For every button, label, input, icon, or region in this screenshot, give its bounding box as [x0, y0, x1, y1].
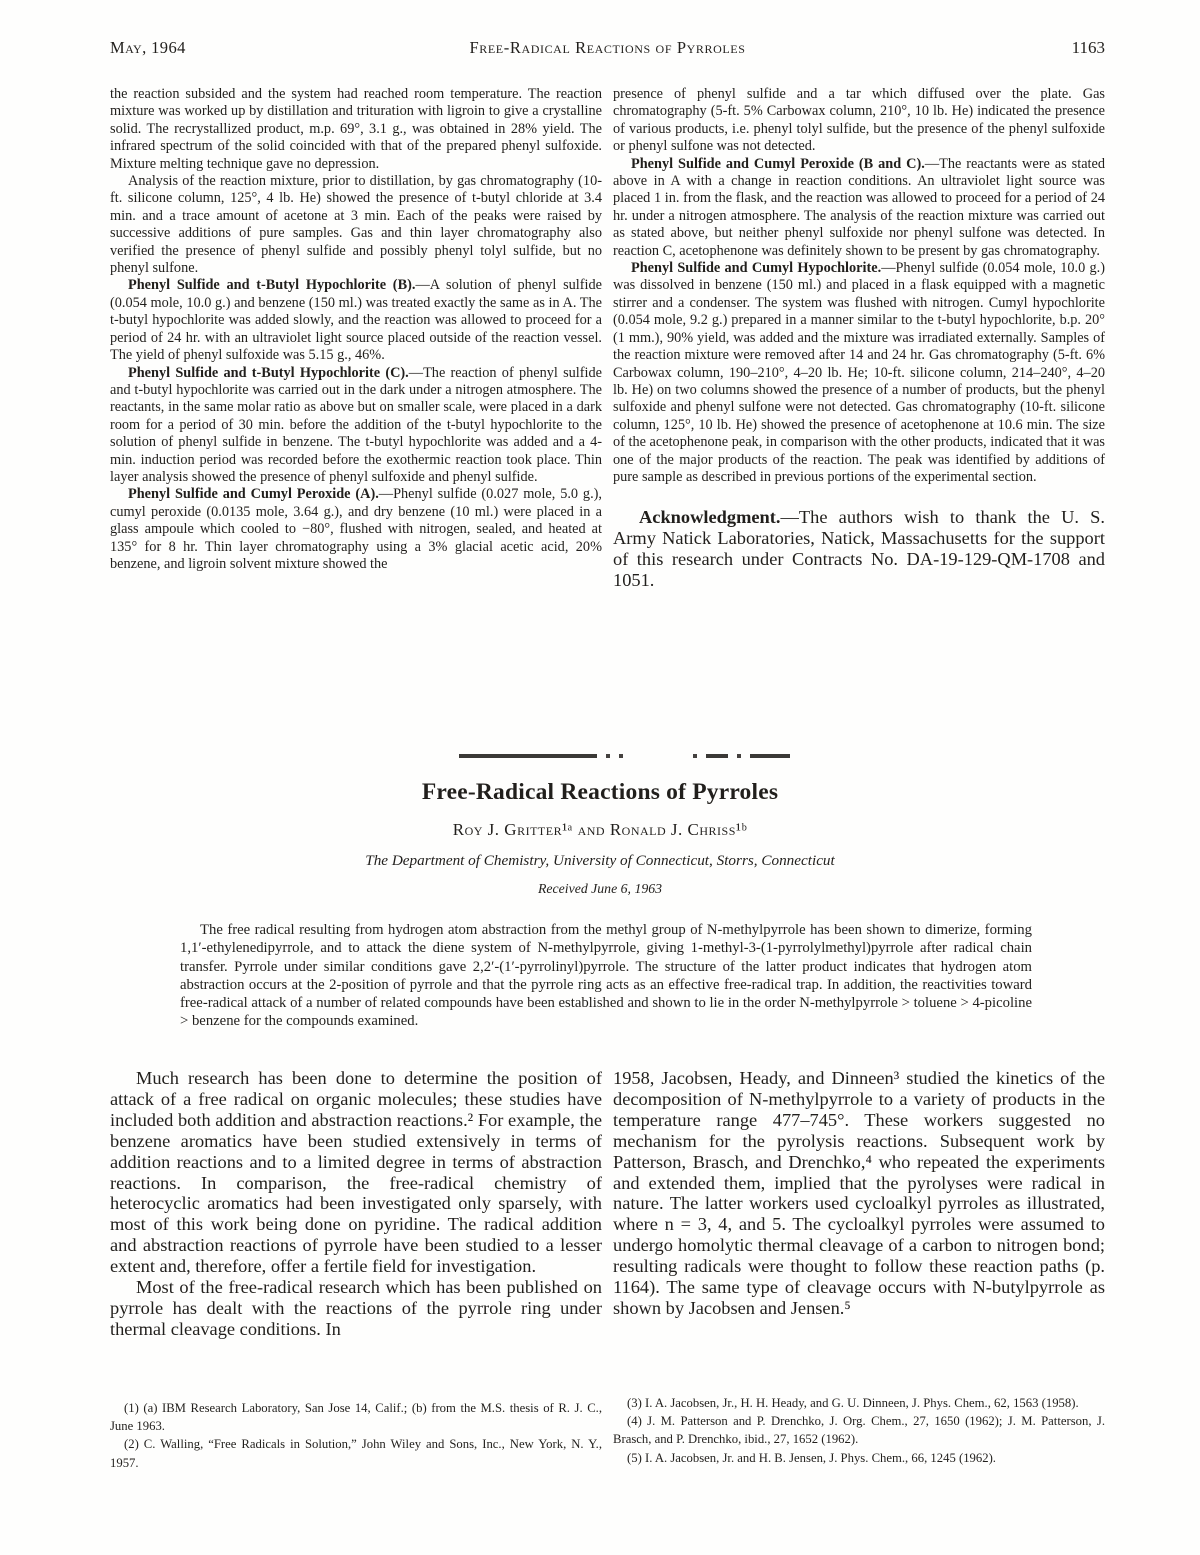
experimental-section: the reaction subsided and the system had…: [110, 86, 1105, 591]
body-section: Much research has been done to determine…: [110, 1068, 1105, 1340]
body-paragraph: Most of the free-radical research which …: [110, 1277, 602, 1340]
body-paragraph: 1958, Jacobsen, Heady, and Dinneen³ stud…: [613, 1068, 1105, 1319]
experimental-paragraph: Phenyl Sulfide and Cumyl Hypochlorite.—P…: [613, 260, 1105, 486]
experimental-paragraph: presence of phenyl sulfide and a tar whi…: [613, 86, 1105, 156]
footnotes-left: (1) (a) IBM Research Laboratory, San Jos…: [110, 1399, 602, 1472]
paragraph-text: presence of phenyl sulfide and a tar whi…: [613, 86, 1105, 154]
experimental-paragraph: Acknowledgment.—The authors wish to than…: [613, 507, 1105, 591]
article-title: Free-Radical Reactions of Pyrroles: [0, 779, 1200, 806]
footnote: (1) (a) IBM Research Laboratory, San Jos…: [110, 1399, 602, 1435]
paragraph-heading: Phenyl Sulfide and Cumyl Hypochlorite.: [631, 260, 881, 276]
experimental-paragraph: Phenyl Sulfide and t-Butyl Hypochlorite …: [110, 365, 602, 487]
paragraph-heading: Phenyl Sulfide and Cumyl Peroxide (A).: [128, 486, 379, 502]
paragraph-text: —Phenyl sulfide (0.054 mole, 10.0 g.) wa…: [613, 260, 1105, 485]
experimental-paragraph: Phenyl Sulfide and t-Butyl Hypochlorite …: [110, 277, 602, 364]
paragraph-heading: Phenyl Sulfide and Cumyl Peroxide (B and…: [631, 156, 925, 172]
paragraph-heading: Acknowledgment.: [639, 507, 781, 527]
running-title: Free-Radical Reactions of Pyrroles: [470, 38, 746, 58]
article-title-block: Free-Radical Reactions of Pyrroles Roy J…: [0, 779, 1200, 897]
footnotes-right: (3) I. A. Jacobsen, Jr., H. H. Heady, an…: [613, 1394, 1105, 1467]
footnote: (5) I. A. Jacobsen, Jr. and H. B. Jensen…: [613, 1449, 1105, 1467]
paragraph-text: the reaction subsided and the system had…: [110, 86, 602, 172]
divider-segment: [750, 754, 790, 758]
article-authors: Roy J. Gritter¹ᵃ and Ronald J. Chriss¹ᵇ: [0, 820, 1200, 840]
paragraph-text: Most of the free-radical research which …: [110, 1277, 602, 1339]
experimental-column-left: the reaction subsided and the system had…: [110, 86, 602, 591]
journal-page: May, 1964 Free-Radical Reactions of Pyrr…: [0, 0, 1200, 1555]
page-number: 1163: [1072, 38, 1105, 58]
divider-dot: [619, 754, 623, 758]
body-paragraph: Much research has been done to determine…: [110, 1068, 602, 1277]
running-header: May, 1964 Free-Radical Reactions of Pyrr…: [110, 38, 1105, 58]
experimental-paragraph: Analysis of the reaction mixture, prior …: [110, 173, 602, 277]
issue-date: May, 1964: [110, 38, 186, 58]
article-received: Received June 6, 1963: [0, 881, 1200, 897]
abstract: The free radical resulting from hydrogen…: [180, 921, 1032, 1031]
paragraph-text: Much research has been done to determine…: [110, 1068, 602, 1276]
divider-dot: [737, 754, 741, 758]
footnote: (2) C. Walling, “Free Radicals in Soluti…: [110, 1435, 602, 1471]
experimental-paragraph: the reaction subsided and the system had…: [110, 86, 602, 173]
paragraph-heading: Phenyl Sulfide and t-Butyl Hypochlorite …: [128, 277, 415, 293]
footnote: (3) I. A. Jacobsen, Jr., H. H. Heady, an…: [613, 1394, 1105, 1412]
footnote-text: (3) I. A. Jacobsen, Jr., H. H. Heady, an…: [627, 1396, 1079, 1410]
divider-segment: [459, 754, 597, 758]
paragraph-text: Analysis of the reaction mixture, prior …: [110, 173, 602, 276]
paragraph-text: 1958, Jacobsen, Heady, and Dinneen³ stud…: [613, 1068, 1105, 1318]
paragraph-heading: Phenyl Sulfide and t-Butyl Hypochlorite …: [128, 365, 409, 381]
footnote-text: (5) I. A. Jacobsen, Jr. and H. B. Jensen…: [627, 1451, 996, 1465]
abstract-text: The free radical resulting from hydrogen…: [180, 921, 1032, 1031]
experimental-paragraph: Phenyl Sulfide and Cumyl Peroxide (B and…: [613, 156, 1105, 260]
experimental-column-right: presence of phenyl sulfide and a tar whi…: [613, 86, 1105, 591]
divider-dot: [606, 754, 610, 758]
body-column-right: 1958, Jacobsen, Heady, and Dinneen³ stud…: [613, 1068, 1105, 1340]
article-affiliation: The Department of Chemistry, University …: [0, 852, 1200, 870]
divider-segment: [706, 754, 728, 758]
divider-dot: [693, 754, 697, 758]
paragraph-text: —The reaction of phenyl sulfide and t-bu…: [110, 365, 602, 485]
footnote: (4) J. M. Patterson and P. Drenchko, J. …: [613, 1412, 1105, 1448]
experimental-paragraph: Phenyl Sulfide and Cumyl Peroxide (A).—P…: [110, 486, 602, 573]
body-column-left: Much research has been done to determine…: [110, 1068, 602, 1340]
section-divider: [459, 754, 790, 758]
footnote-text: (4) J. M. Patterson and P. Drenchko, J. …: [613, 1414, 1105, 1446]
footnote-text: (2) C. Walling, “Free Radicals in Soluti…: [110, 1437, 602, 1469]
footnote-text: (1) (a) IBM Research Laboratory, San Jos…: [110, 1401, 602, 1433]
